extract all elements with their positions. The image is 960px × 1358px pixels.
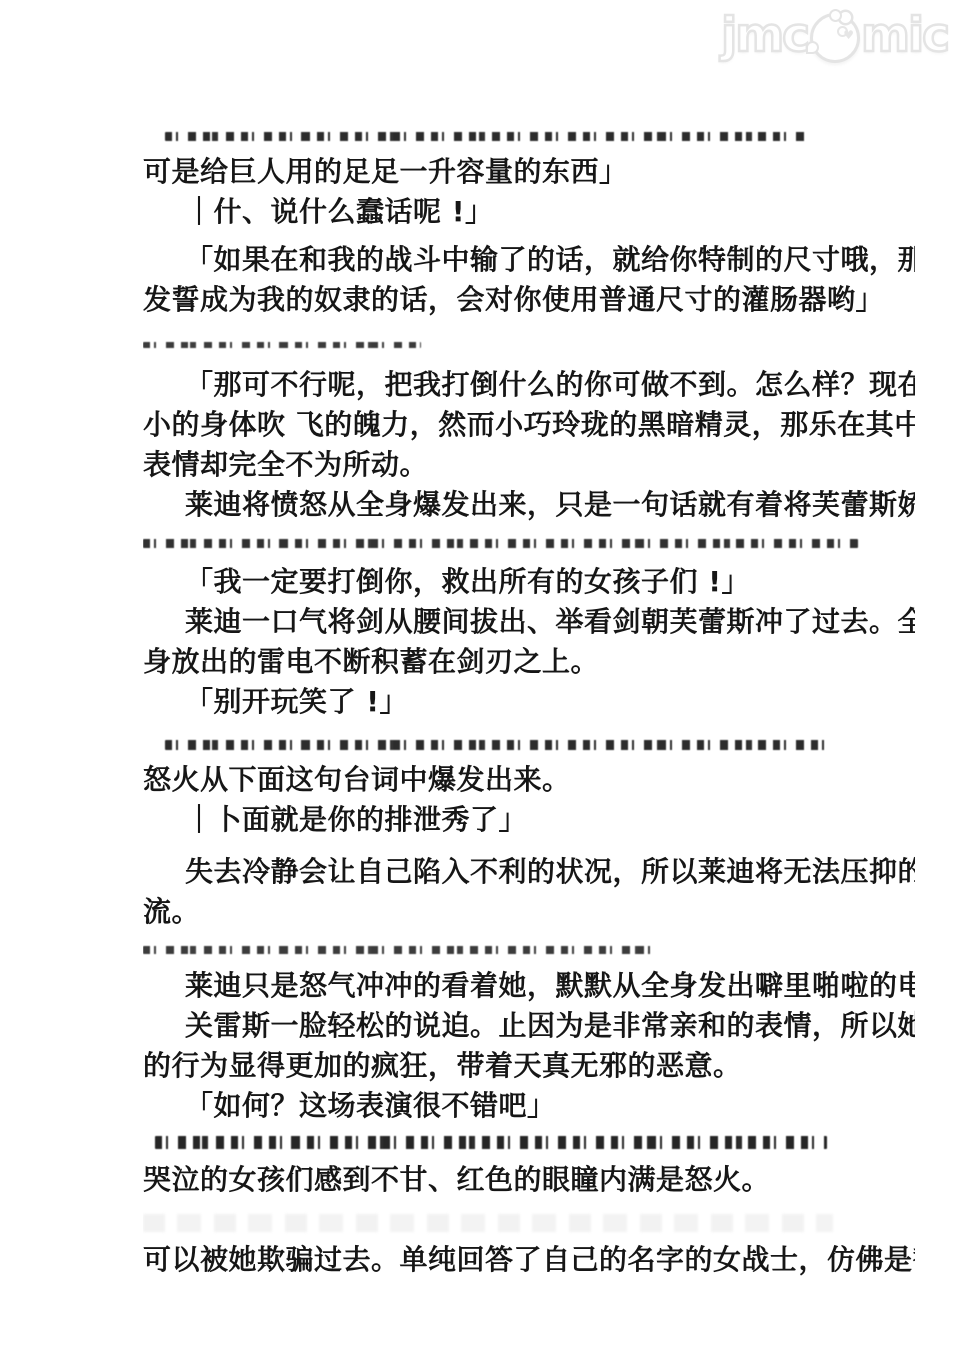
text-line: 关雷斯一脸轻松的说迫。止因为是非常亲和的表情，所以她 bbox=[143, 1006, 915, 1046]
logo-text-left: jmc bbox=[721, 8, 808, 64]
corrupted-glyph-fragments bbox=[143, 1214, 833, 1232]
text-line: 发誓成为我的奴隶的话，会对你使用普通尺寸的灌肠器哟」 bbox=[143, 280, 915, 320]
mascot-beak bbox=[806, 41, 819, 54]
mascot-heart-icon: ♥ bbox=[843, 29, 854, 41]
logo-text-right: mic bbox=[861, 8, 948, 64]
text-line: 的行为显得更加的疯狂，带着天真无邪的恶意。 bbox=[143, 1046, 915, 1086]
degraded-text-line bbox=[143, 1126, 915, 1160]
bird-mascot-icon: ♥ bbox=[810, 13, 860, 63]
degraded-text-line bbox=[143, 118, 915, 152]
degraded-text-line bbox=[143, 525, 915, 559]
text-line: 小的身体吹 飞的魄力，然而小巧玲珑的黑暗精灵，那乐在其中的 bbox=[143, 405, 915, 445]
text-line: 「我一定要打倒你，救出所有的女孩子们 !」 bbox=[143, 562, 915, 602]
text-line: 莱迪一口气将剑从腰间拔出、举看剑朝芙蕾斯冲了过去。全 bbox=[143, 602, 915, 642]
degraded-text-line bbox=[143, 1206, 915, 1240]
corrupted-glyph-fragments bbox=[143, 946, 658, 954]
text-line: 「别开玩笑了 !」 bbox=[143, 682, 915, 722]
corrupted-glyph-fragments bbox=[143, 539, 858, 548]
text-line: 表情却完全不为所动。 bbox=[143, 445, 915, 485]
degraded-text-line bbox=[143, 326, 915, 360]
novel-text-page: 可是给巨人用的足足一升容量的东西」｜什、说什么蠢话呢 !」「如果在和我的战斗中输… bbox=[143, 118, 915, 1280]
corrupted-glyph-fragments bbox=[143, 342, 421, 348]
degraded-text-line bbox=[143, 932, 915, 966]
text-line: 可是给巨人用的足足一升容量的东西」 bbox=[143, 152, 915, 192]
text-line: 哭泣的女孩们感到不甘、红色的眼瞳内满是怒火。 bbox=[143, 1160, 915, 1200]
text-line: ｜什、说什么蠢话呢 !」 bbox=[143, 192, 915, 232]
text-line: 「那可不行呢，把我打倒什么的你可做不到。怎么样？现在 bbox=[143, 365, 915, 405]
corrupted-glyph-fragments bbox=[155, 1136, 827, 1149]
text-line: ｜卜面就是你的排泄秀了」 bbox=[143, 800, 915, 840]
text-line: 「如何？这场表演很不错吧」 bbox=[143, 1086, 915, 1126]
text-line: 「如果在和我的战斗中输了的话，就给你特制的尺寸哦，那 bbox=[143, 240, 915, 280]
text-line: 可以被她欺骗过去。单纯回答了自己的名字的女战士，仿佛是替 bbox=[143, 1240, 915, 1280]
text-line: 莱迪只是怒气冲冲的看着她，默默从全身发出噼里啪啦的电 bbox=[143, 966, 915, 1006]
text-line: 怒火从下面这句台词中爆发出来。 bbox=[143, 760, 915, 800]
text-line: 身放出的雷电不断积蓄在剑刃之上。 bbox=[143, 642, 915, 682]
degraded-text-line bbox=[143, 726, 915, 760]
text-line: 莱迪将愤怒从全身爆发出来，只是一句话就有着将芙蕾斯娇 bbox=[143, 485, 915, 525]
corrupted-glyph-fragments bbox=[165, 740, 827, 750]
jmcomic-logo: jmc ♥ mic bbox=[721, 8, 948, 64]
text-line: 失去冷静会让自己陷入不利的状况，所以莱迪将无法压抑的 bbox=[143, 852, 915, 892]
text-line: 流。 bbox=[143, 892, 915, 932]
corrupted-glyph-fragments bbox=[165, 132, 805, 141]
